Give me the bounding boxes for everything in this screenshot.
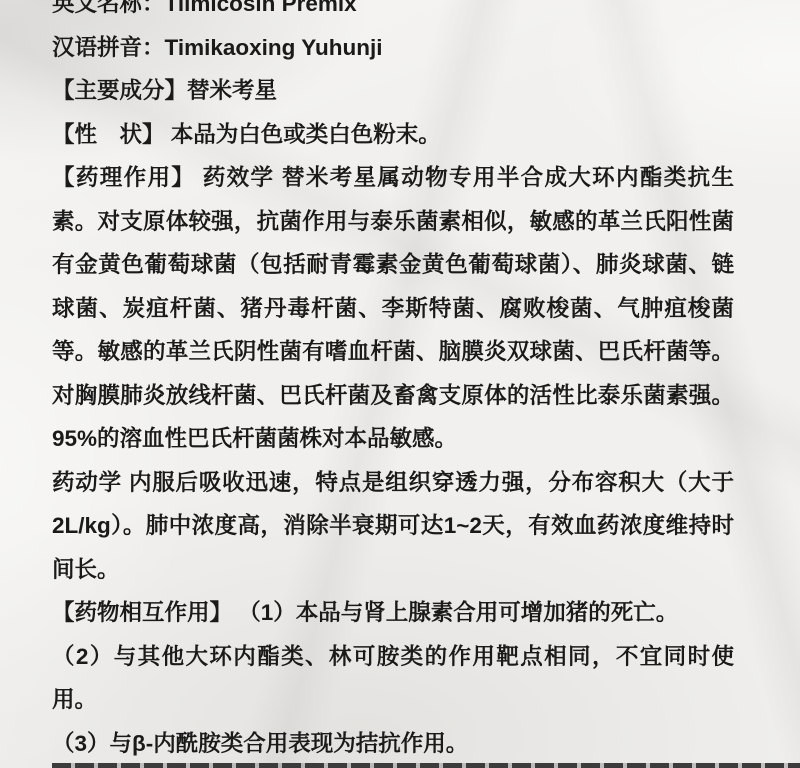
main-ingredient-section: 【主要成分】替米考星 — [52, 69, 734, 113]
drug-interaction-item-2: （2）与其他大环内酯类、林可胺类的作用靶点相同，不宜同时使用。 — [52, 644, 734, 713]
drug-interaction-item-1: （1）本品与肾上腺素合用可增加猪的死亡。 — [232, 600, 678, 625]
main-ingredient-text: 替米考星 — [187, 78, 277, 103]
character-section: 【性 状】 本品为白色或类白色粉末。 — [52, 113, 734, 157]
english-name-value: Tilmicosin Premix — [165, 0, 357, 16]
english-name-line: 英文名称：Tilmicosin Premix — [52, 0, 734, 26]
character-heading: 【性 状】 — [52, 122, 165, 147]
pharmacology-text: 药效学 替米考星属动物专用半合成大环内酯类抗生素。对支原体较强，抗菌作用与泰乐菌… — [52, 165, 734, 451]
document-body: 英文名称：Tilmicosin Premix 汉语拼音：Timikaoxing … — [52, 0, 734, 765]
clipped-next-line-bar — [52, 763, 800, 768]
pinyin-label: 汉语拼音： — [52, 35, 165, 60]
drug-instruction-page: 英文名称：Tilmicosin Premix 汉语拼音：Timikaoxing … — [0, 0, 800, 768]
english-name-label: 英文名称： — [52, 0, 165, 16]
drug-interaction-item-3-paragraph: （3）与β-内酰胺类合用表现为拮抗作用。 — [52, 722, 734, 766]
pharmacokinetics-text: 药动学 内服后吸收迅速，特点是组织穿透力强，分布容积大（大于2L/kg）。肺中浓… — [52, 470, 734, 582]
character-text: 本品为白色或类白色粉末。 — [165, 122, 441, 147]
pharmacology-section: 【药理作用】 药效学 替米考星属动物专用半合成大环内酯类抗生素。对支原体较强，抗… — [52, 156, 734, 461]
main-ingredient-heading: 【主要成分】 — [52, 78, 187, 103]
drug-interaction-item-2-paragraph: （2）与其他大环内酯类、林可胺类的作用靶点相同，不宜同时使用。 — [52, 635, 734, 722]
drug-interaction-section: 【药物相互作用】 （1）本品与肾上腺素合用可增加猪的死亡。 — [52, 591, 734, 635]
pharmacokinetics-paragraph: 药动学 内服后吸收迅速，特点是组织穿透力强，分布容积大（大于2L/kg）。肺中浓… — [52, 461, 734, 592]
pharmacology-heading: 【药理作用】 — [52, 165, 195, 190]
drug-interaction-item-3: （3）与β-内酰胺类合用表现为拮抗作用。 — [52, 731, 468, 756]
pinyin-value: Timikaoxing Yuhunji — [165, 35, 383, 60]
drug-interaction-heading: 【药物相互作用】 — [52, 600, 232, 625]
pinyin-line: 汉语拼音：Timikaoxing Yuhunji — [52, 26, 734, 70]
